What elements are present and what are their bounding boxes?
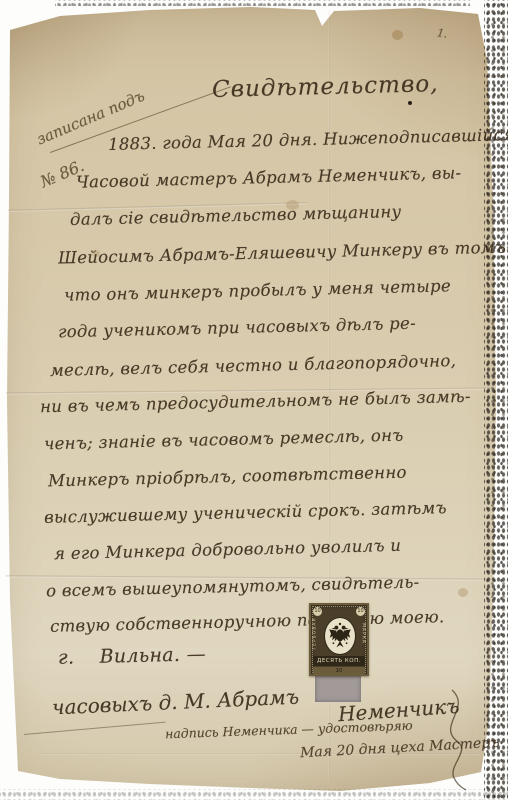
ink-dot <box>408 101 412 105</box>
stain <box>392 30 403 40</box>
stamp-right-text: МАРКА <box>361 614 366 654</box>
stamp-center-oval <box>324 617 356 655</box>
torn-edge-top <box>55 0 470 6</box>
stamp-gray-tab <box>315 676 361 702</box>
document-photo: записана подъ № 86. 1. Свидѣтельство, 18… <box>0 0 508 800</box>
page-number: 1. <box>436 26 448 40</box>
torn-edge-right <box>484 0 508 800</box>
stamp-number-band: 10 <box>313 667 365 675</box>
torn-edge-bottom <box>0 789 508 800</box>
double-headed-eagle-icon <box>328 622 352 650</box>
city-line: г. Вильна. — <box>58 643 206 669</box>
stamp-left-text: ГЕРБОВАЯ <box>313 614 318 654</box>
stamp-denomination-band: ДЕСЯТЬ КОП. <box>313 656 365 666</box>
revenue-stamp-10-kopecks: 10 10 ГЕРБОВАЯ МАРКА ДЕСЯТЬ КОП. 10 <box>309 603 369 676</box>
stain <box>458 588 468 597</box>
